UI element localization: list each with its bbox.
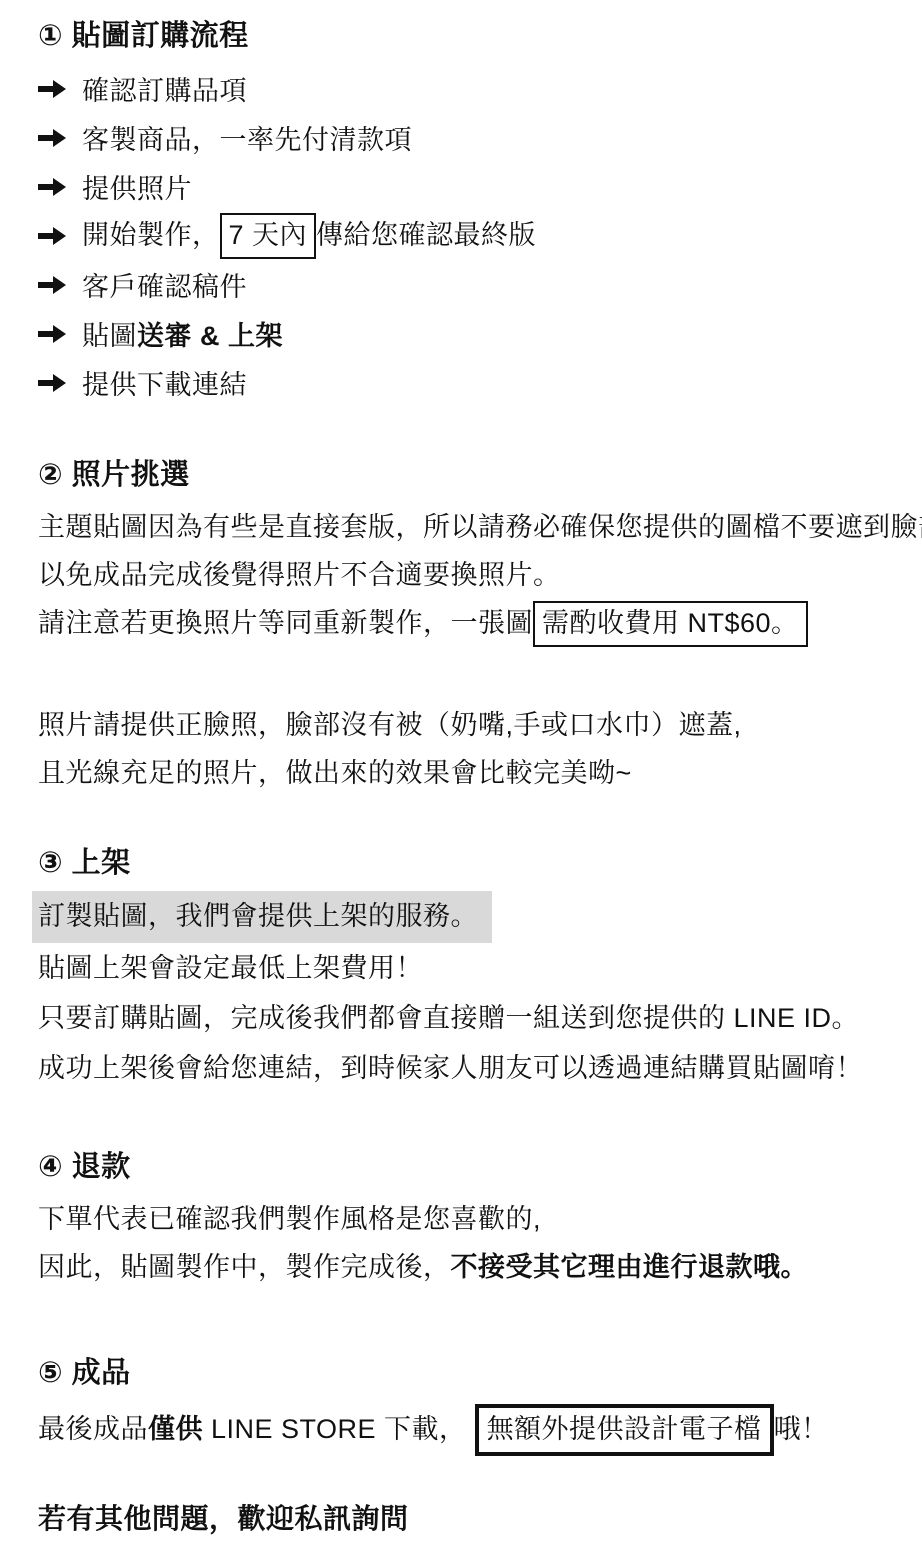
arrow-right-icon (38, 374, 66, 392)
boxed-text-seven-days: 7 天內 (220, 213, 317, 259)
photo-selection-heading: ② 照片挑選 (38, 453, 896, 497)
photo-note-line: 照片請提供正臉照，臉部沒有被（奶嘴,手或口水巾）遮蓋, (38, 701, 896, 749)
arrow-right-icon (38, 129, 66, 147)
line-text-bold: 不接受其它理由進行退款哦。 (451, 1252, 809, 1282)
order-step: 客製商品，一率先付清款項 (38, 113, 896, 162)
footer-contact-note: 若有其他問題，歡迎私訊詢問 (38, 1497, 896, 1541)
order-step: 貼圖送審 & 上架 (38, 309, 896, 358)
order-step-text: 確認訂購品項 (82, 69, 247, 108)
boxed-text-no-digital-file: 無額外提供設計電子檔 (475, 1404, 774, 1456)
photo-selection-line: 以免成品完成後覺得照片不合適要換照片。 (38, 551, 896, 599)
listing-line: 貼圖上架會設定最低上架費用！ (38, 943, 896, 993)
arrow-right-icon (38, 178, 66, 196)
line-text-pre: 請注意若更換照片等同重新製作，一張圖 (38, 608, 533, 638)
order-step-text: 客製商品，一率先付清款項 (82, 118, 412, 157)
boxed-text-rework-fee: 需酌收費用 NT$60。 (533, 601, 808, 647)
arrow-right-icon (38, 227, 66, 245)
section-final-product: ⑤ 成品 最後成品僅供 LINE STORE 下載， 無額外提供設計電子檔哦！ (38, 1351, 896, 1457)
order-step-text: 提供照片 (82, 167, 192, 206)
line-text-mid: LINE STORE 下載， (203, 1414, 475, 1444)
arrow-right-icon (38, 80, 66, 98)
photo-requirements-paragraph: 照片請提供正臉照，臉部沒有被（奶嘴,手或口水巾）遮蓋, 且光線充足的照片，做出來… (38, 701, 896, 797)
refund-line: 下單代表已確認我們製作風格是您喜歡的, (38, 1195, 896, 1243)
refund-line: 因此，貼圖製作中，製作完成後，不接受其它理由進行退款哦。 (38, 1243, 896, 1291)
order-step: 確認訂購品項 (38, 64, 896, 113)
arrow-right-icon (38, 325, 66, 343)
order-step-text: 提供下載連結 (82, 363, 247, 402)
arrow-right-icon (38, 276, 66, 294)
order-step-text: 貼圖送審 & 上架 (82, 314, 283, 353)
order-step: 提供照片 (38, 162, 896, 211)
line-text-pre: 最後成品 (38, 1414, 148, 1444)
order-step-text: 開始製作，7 天內傳給您確認最終版 (82, 213, 536, 259)
step-text-pre: 開始製作， (82, 220, 220, 250)
section-refund: ④ 退款 下單代表已確認我們製作風格是您喜歡的, 因此，貼圖製作中，製作完成後，… (38, 1145, 896, 1291)
refund-heading: ④ 退款 (38, 1145, 896, 1189)
section-photo-selection: ② 照片挑選 主題貼圖因為有些是直接套版，所以請務必確保您提供的圖檔不要遮到臉部… (38, 453, 896, 797)
final-product-heading: ⑤ 成品 (38, 1351, 896, 1395)
listing-line: 只要訂購貼圖，完成後我們都會直接贈一組送到您提供的 LINE ID。 (38, 993, 896, 1043)
step-text-bold: 送審 & 上架 (137, 321, 283, 351)
order-step: 提供下載連結 (38, 358, 896, 407)
order-process-heading: ① 貼圖訂購流程 (38, 14, 896, 58)
document-page: ① 貼圖訂購流程 確認訂購品項 客製商品，一率先付清款項 提供照片 開始製作，7… (0, 0, 922, 1551)
photo-note-line: 且光線充足的照片，做出來的效果會比較完美呦~ (38, 749, 896, 797)
photo-selection-line: 主題貼圖因為有些是直接套版，所以請務必確保您提供的圖檔不要遮到臉部呦！ (38, 503, 896, 551)
listing-line: 成功上架後會給您連結，到時候家人朋友可以透過連結購買貼圖唷！ (38, 1043, 896, 1093)
line-text-post: 哦！ (774, 1414, 829, 1444)
section-order-process: ① 貼圖訂購流程 確認訂購品項 客製商品，一率先付清款項 提供照片 開始製作，7… (38, 14, 896, 407)
step-text-post: 傳給您確認最終版 (316, 220, 536, 250)
step-text-pre: 貼圖 (82, 321, 137, 351)
order-step-text: 客戶確認稿件 (82, 265, 247, 304)
listing-highlight-row: 訂製貼圖，我們會提供上架的服務。 (38, 891, 896, 943)
line-text-bold: 僅供 (148, 1414, 203, 1444)
listing-heading: ③ 上架 (38, 841, 896, 885)
line-text-pre: 因此，貼圖製作中，製作完成後， (38, 1252, 451, 1282)
highlighted-text: 訂製貼圖，我們會提供上架的服務。 (32, 891, 492, 943)
photo-selection-line: 請注意若更換照片等同重新製作，一張圖需酌收費用 NT$60。 (38, 599, 896, 647)
order-step: 客戶確認稿件 (38, 260, 896, 309)
section-listing: ③ 上架 訂製貼圖，我們會提供上架的服務。 貼圖上架會設定最低上架費用！ 只要訂… (38, 841, 896, 1093)
final-product-line: 最後成品僅供 LINE STORE 下載， 無額外提供設計電子檔哦！ (38, 1401, 896, 1457)
order-step: 開始製作，7 天內傳給您確認最終版 (38, 211, 896, 260)
